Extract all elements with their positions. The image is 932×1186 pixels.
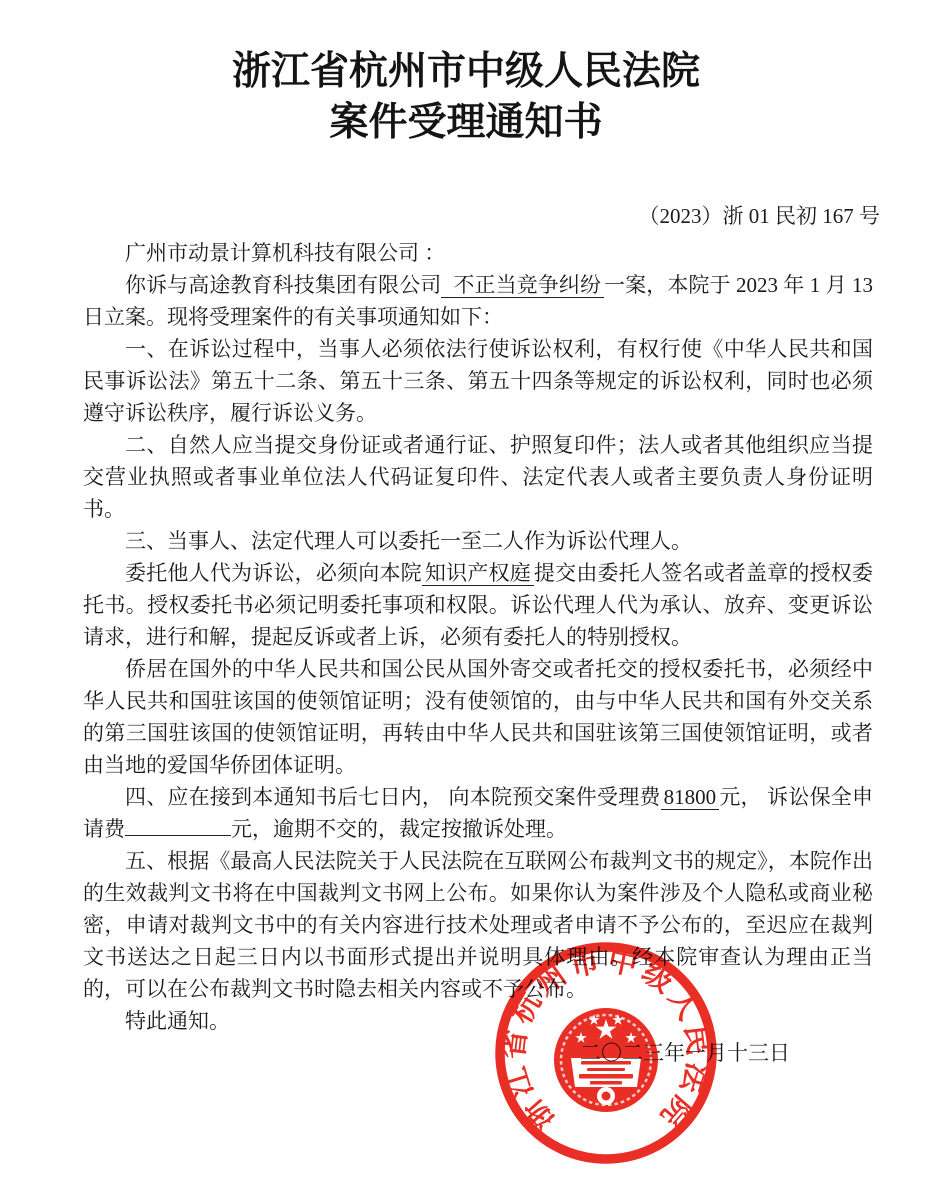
preservation-fee-blank	[125, 815, 231, 836]
fee-amount-underlined: 81800	[661, 785, 720, 810]
paragraph-delegate: 委托他人代为诉讼，必须向本院知识产权庭提交由委托人签名或者盖章的授权委托书。授权…	[83, 557, 873, 653]
paragraph-item2: 二、自然人应当提交身份证或者通行证、护照复印件；法人或者其他组织应当提交营业执照…	[83, 429, 873, 525]
gate-roof-top	[581, 1061, 631, 1065]
gate-wall	[579, 1074, 633, 1079]
emblem-gear-inner	[602, 1092, 611, 1101]
closing-line: 特此通知。	[83, 1005, 873, 1037]
paragraph-intro: 你诉与高途教育科技集团有限公司不正当竞争纠纷一案，本院于 2023 年 1 月 …	[83, 269, 873, 333]
case-type-underlined: 不正当竞争纠纷	[441, 273, 604, 298]
intro-pre-text: 你诉与高途教育科技集团有限公司	[125, 273, 441, 297]
paragraph-fee: 四、应在接到本通知书后七日内， 向本院预交案件受理费81800元， 诉讼保全申请…	[83, 781, 873, 845]
paragraph-overseas: 侨居在国外的中华人民共和国公民从国外寄交或者托交的授权委托书，必须经中华人民共和…	[83, 653, 873, 781]
notice-type-title: 案件受理通知书	[0, 97, 932, 148]
paragraph-item3: 三、当事人、法定代理人可以委托一至二人作为诉讼代理人。	[83, 525, 873, 557]
tribunal-underlined: 知识产权庭	[422, 561, 534, 586]
court-notice-document: 浙江省杭州市中级人民法院 案件受理通知书 （2023）浙 01 民初 167 号…	[0, 0, 932, 1186]
date-line: 二〇二三年一月十三日	[83, 1037, 873, 1069]
addressee-line: 广州市动景计算机科技有限公司 ：	[83, 237, 873, 269]
fee-post-text: 元，逾期不交的，裁定按撤诉处理。	[231, 817, 567, 841]
court-seal: 浙江省杭州市中级人民法院	[483, 930, 729, 1176]
gate-roof-lower	[587, 1068, 625, 1071]
fee-pre-text: 四、应在接到本通知书后七日内， 向本院预交案件受理费	[125, 785, 661, 809]
document-body: 广州市动景计算机科技有限公司 ： 你诉与高途教育科技集团有限公司不正当竞争纠纷一…	[0, 237, 932, 1069]
gate-base	[590, 1081, 622, 1085]
paragraph-publish: 五、根据《最高人民法院关于人民法院在互联网公布裁判文书的规定》，本院作出的生效裁…	[83, 845, 873, 1005]
case-number: （2023）浙 01 民初 167 号	[0, 200, 932, 232]
delegate-pre-text: 委托他人代为诉讼，必须向本院	[125, 561, 422, 585]
document-title: 浙江省杭州市中级人民法院 案件受理通知书	[0, 0, 932, 148]
paragraph-item1: 一、在诉讼过程中，当事人必须依法行使诉讼权利，有权行使《中华人民共和国民事诉讼法…	[83, 333, 873, 429]
national-emblem-icon	[554, 1008, 658, 1112]
court-name-title: 浙江省杭州市中级人民法院	[0, 46, 932, 97]
